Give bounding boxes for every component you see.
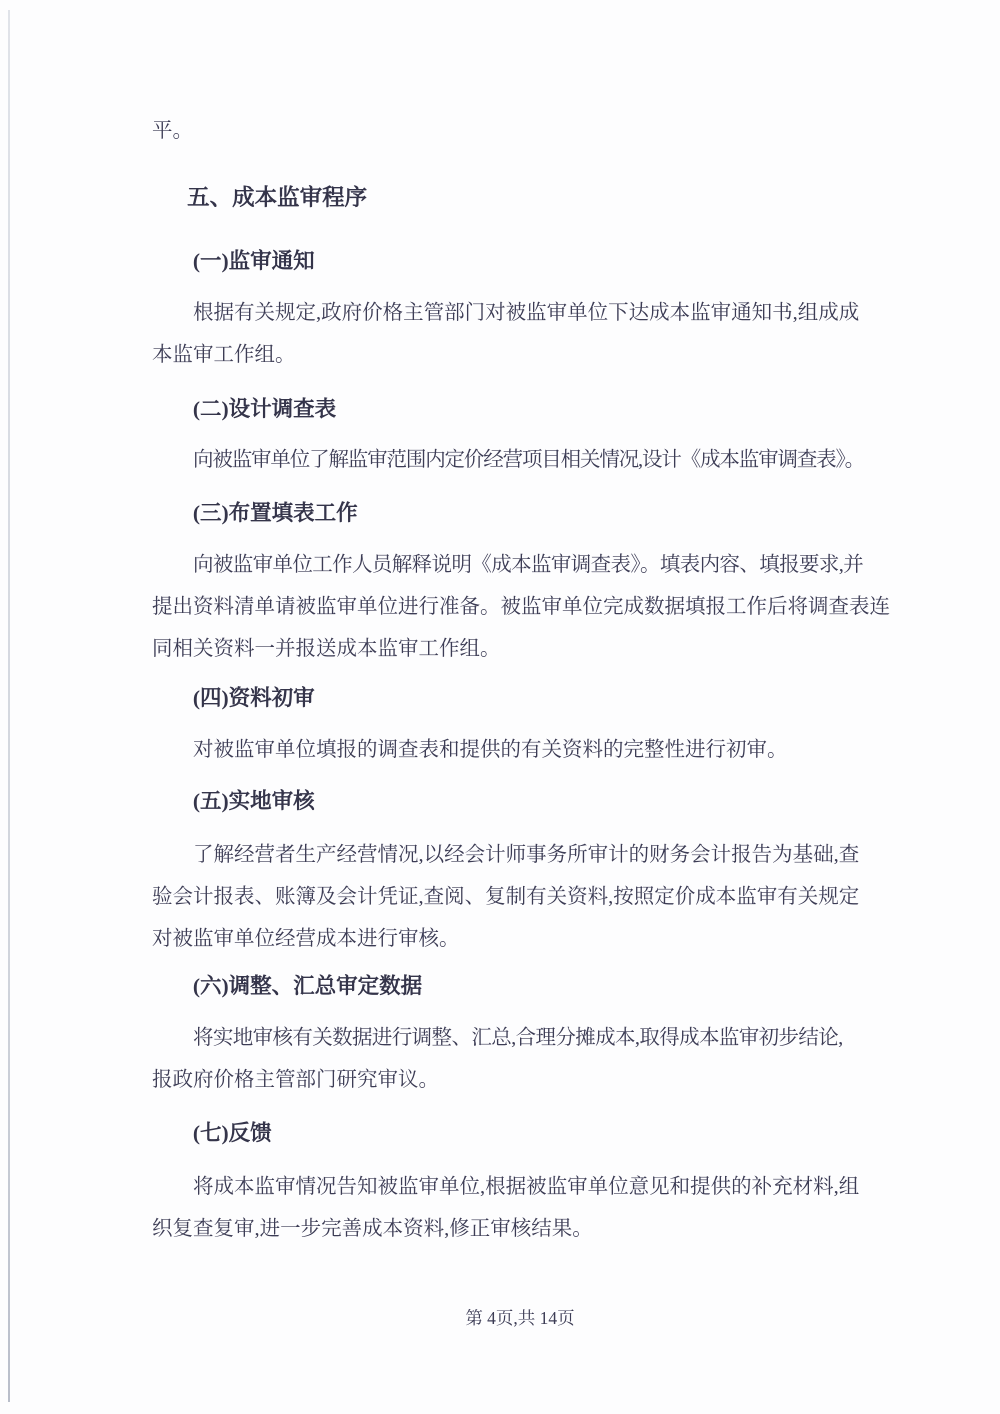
heading-text: 五、成本监审程序 xyxy=(152,177,900,219)
text-line: 平。 xyxy=(152,110,900,152)
text-line: 验会计报表、账簿及会计凭证,查阅、复制有关资料,按照定价成本监审有关规定 xyxy=(152,876,900,918)
text-line: 将成本监审情况告知被监审单位,根据被监审单位意见和提供的补充材料,组 xyxy=(152,1166,900,1208)
paragraph: 将实地审核有关数据进行调整、汇总,合理分摊成本,取得成本监审初步结论, 报政府价… xyxy=(152,1017,900,1101)
text-line: 了解经营者生产经营情况,以经会计师事务所审计的财务会计报告为基础,查 xyxy=(152,834,900,876)
heading-text: (二)设计调查表 xyxy=(152,388,900,430)
heading-text: (四)资料初审 xyxy=(152,677,900,719)
scan-edge-line xyxy=(8,10,10,1402)
text-line: 根据有关规定,政府价格主管部门对被监审单位下达成本监审通知书,组成成 xyxy=(152,292,900,334)
paragraph: 向被监审单位工作人员解释说明《成本监审调查表》。填表内容、填报要求,并 提出资料… xyxy=(152,544,900,670)
text-line: 将实地审核有关数据进行调整、汇总,合理分摊成本,取得成本监审初步结论, xyxy=(152,1017,900,1059)
text-line: 对被监审单位填报的调查表和提供的有关资料的完整性进行初审。 xyxy=(152,729,900,771)
text-line: 织复查复审,进一步完善成本资料,修正审核结果。 xyxy=(152,1208,900,1250)
page-footer: 第 4页,共 14页 xyxy=(0,1306,1000,1330)
paragraph-continuation: 平。 xyxy=(152,110,900,152)
text-line: 报政府价格主管部门研究审议。 xyxy=(152,1059,900,1101)
subsection-heading-2: (二)设计调查表 xyxy=(152,388,900,430)
text-line: 本监审工作组。 xyxy=(152,334,900,376)
subsection-heading-7: (七)反馈 xyxy=(152,1112,900,1154)
heading-text: (五)实地审核 xyxy=(152,780,900,822)
document-page: 平。 五、成本监审程序 (一)监审通知 根据有关规定,政府价格主管部门对被监审单… xyxy=(0,0,1000,1414)
text-line: 向被监审单位工作人员解释说明《成本监审调查表》。填表内容、填报要求,并 xyxy=(152,544,900,586)
text-line: 同相关资料一并报送成本监审工作组。 xyxy=(152,628,900,670)
paragraph: 根据有关规定,政府价格主管部门对被监审单位下达成本监审通知书,组成成 本监审工作… xyxy=(152,292,900,376)
subsection-heading-6: (六)调整、汇总审定数据 xyxy=(152,965,900,1007)
text-line: 对被监审单位经营成本进行审核。 xyxy=(152,918,900,960)
paragraph: 将成本监审情况告知被监审单位,根据被监审单位意见和提供的补充材料,组 织复查复审… xyxy=(152,1166,900,1250)
subsection-heading-3: (三)布置填表工作 xyxy=(152,492,900,534)
subsection-heading-1: (一)监审通知 xyxy=(152,240,900,282)
section-heading: 五、成本监审程序 xyxy=(152,177,900,219)
heading-text: (三)布置填表工作 xyxy=(152,492,900,534)
text-line: 提出资料清单请被监审单位进行准备。被监审单位完成数据填报工作后将调查表连 xyxy=(152,586,900,628)
heading-text: (六)调整、汇总审定数据 xyxy=(152,965,900,1007)
paragraph: 了解经营者生产经营情况,以经会计师事务所审计的财务会计报告为基础,查 验会计报表… xyxy=(152,834,900,960)
heading-text: (一)监审通知 xyxy=(152,240,900,282)
subsection-heading-5: (五)实地审核 xyxy=(152,780,900,822)
text-line: 向被监审单位了解监审范围内定价经营项目相关情况,设计《成本监审调查表》。 xyxy=(152,439,900,481)
paragraph: 对被监审单位填报的调查表和提供的有关资料的完整性进行初审。 xyxy=(152,729,900,771)
paragraph: 向被监审单位了解监审范围内定价经营项目相关情况,设计《成本监审调查表》。 xyxy=(152,439,900,481)
subsection-heading-4: (四)资料初审 xyxy=(152,677,900,719)
heading-text: (七)反馈 xyxy=(152,1112,900,1154)
